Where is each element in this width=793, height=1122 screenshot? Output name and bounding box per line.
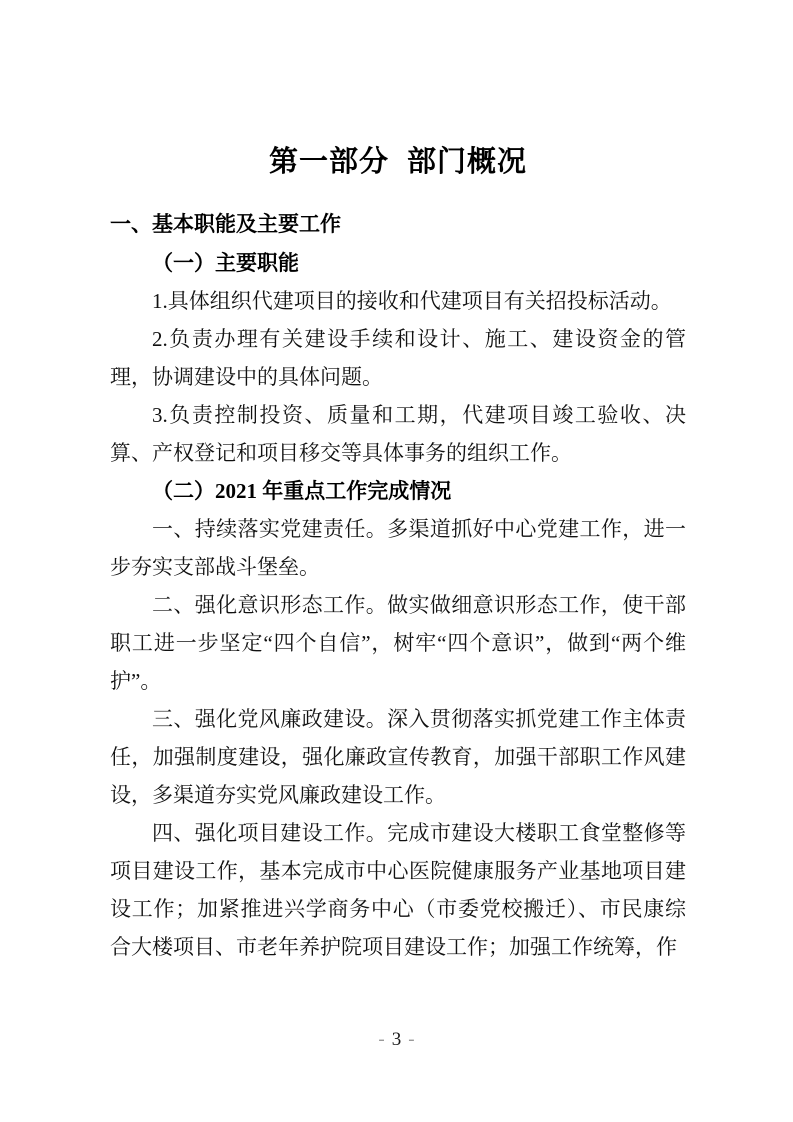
subsection-heading-2021-key-work: （二）2021 年重点工作完成情况 [110,472,686,510]
paragraph-keywork-3: 三、强化党风廉政建设。深入贯彻落实抓党建工作主体责任，加强制度建设，强化廉政宣传… [110,700,686,814]
paragraph-keywork-4: 四、强化项目建设工作。完成市建设大楼职工食堂整修等项目建设工作，基本完成市中心医… [110,814,686,966]
page-number-dash-right: - [401,1029,421,1050]
paragraph-keywork-2: 二、强化意识形态工作。做实做细意识形态工作，使干部职工进一步坚定“四个自信”，树… [110,586,686,700]
page-number: 3 [392,1029,402,1050]
subsection-heading-main-functions: （一）主要职能 [110,244,686,282]
page-footer: -3- [0,1026,793,1054]
paragraph-function-1: 1.具体组织代建项目的接收和代建项目有关招投标活动。 [110,282,686,320]
paragraph-function-2: 2.负责办理有关建设手续和设计、施工、建设资金的管理，协调建设中的具体问题。 [110,320,686,396]
paragraph-keywork-1: 一、持续落实党建责任。多渠道抓好中心党建工作，进一步夯实支部战斗堡垒。 [110,510,686,586]
page-title: 第一部分 部门概况 [110,140,686,184]
document-page: 第一部分 部门概况 一、基本职能及主要工作 （一）主要职能 1.具体组织代建项目… [0,0,793,1122]
section-heading-basic-functions: 一、基本职能及主要工作 [110,206,686,244]
page-number-dash-left: - [371,1029,391,1050]
document-body: 第一部分 部门概况 一、基本职能及主要工作 （一）主要职能 1.具体组织代建项目… [110,0,686,966]
paragraph-function-3: 3.负责控制投资、质量和工期，代建项目竣工验收、决算、产权登记和项目移交等具体事… [110,396,686,472]
